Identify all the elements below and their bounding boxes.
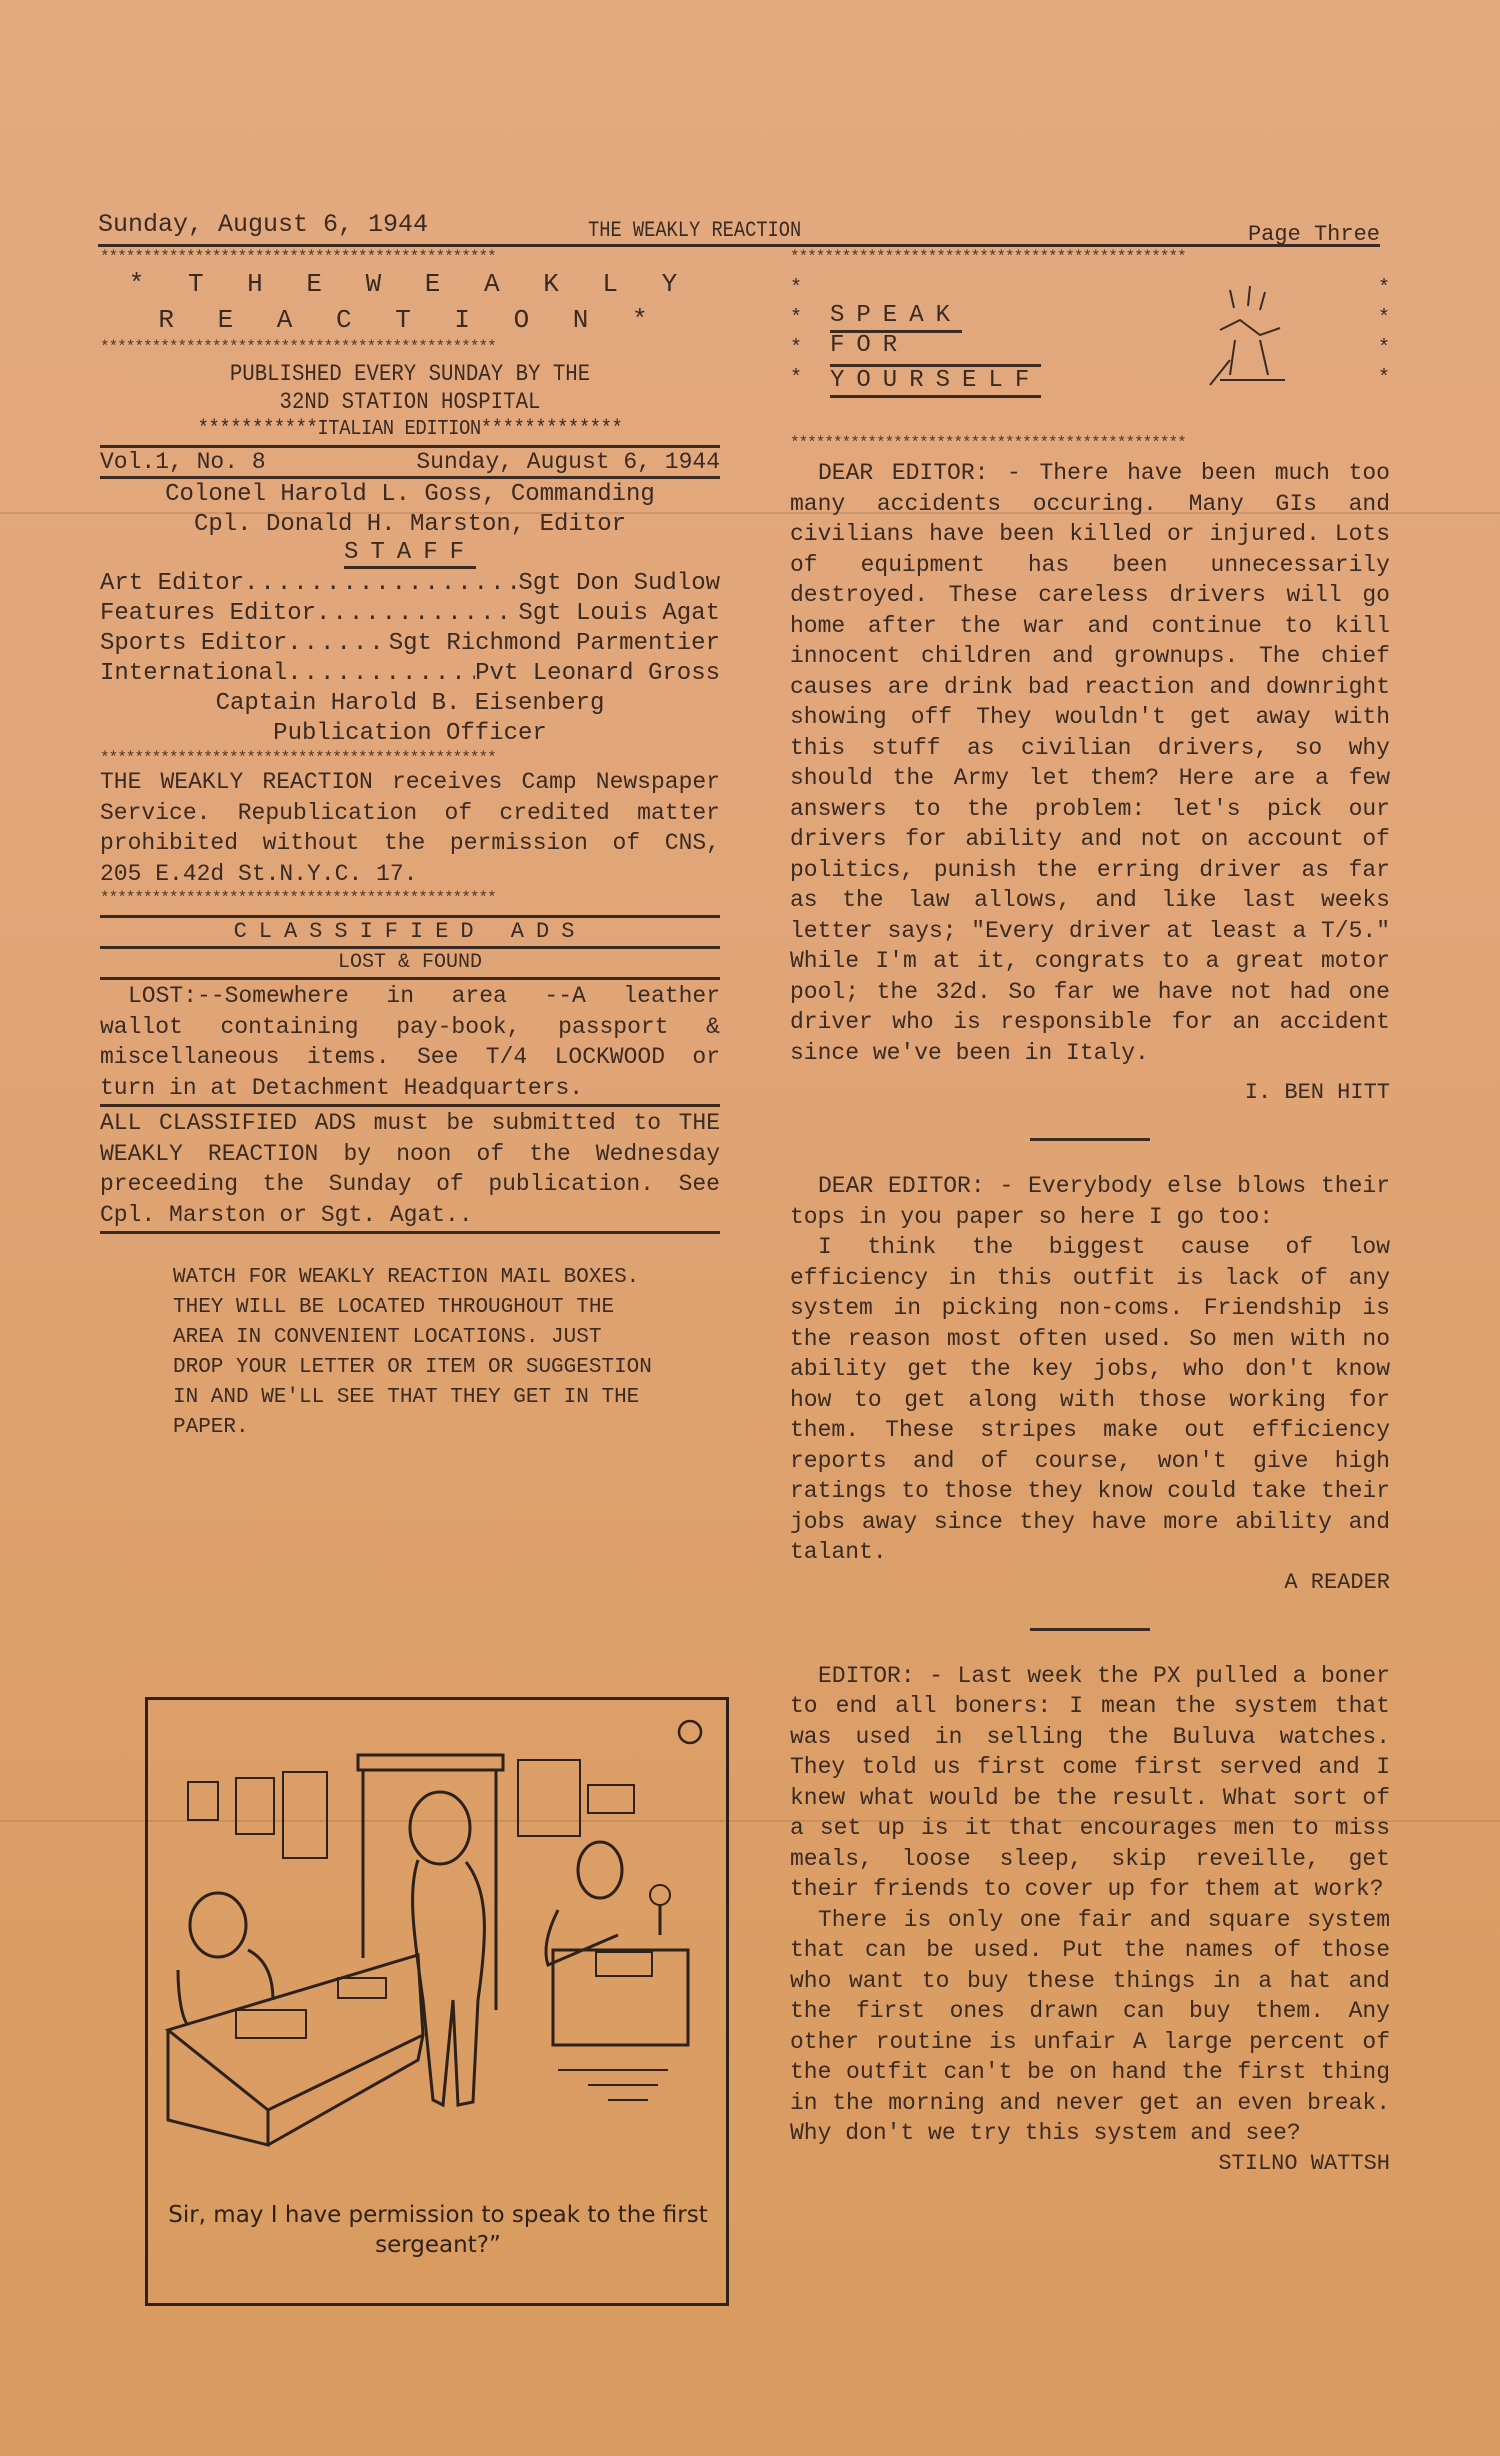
leader-dots — [316, 599, 518, 629]
letter-body-continued: There is only one fair and square system… — [790, 1905, 1390, 2149]
lost-ad: LOST:--Somewhere in area --A leather wal… — [100, 981, 720, 1103]
banner-word-for: FOR — [830, 332, 909, 360]
letter-1: DEAR EDITOR: - There have been much too … — [790, 458, 1390, 1068]
left-column: ****************************************… — [100, 248, 720, 1235]
cns-notice: THE WEAKLY REACTION receives Camp Newspa… — [100, 767, 720, 889]
staff-role: Sports Editor — [100, 629, 287, 659]
letter-body: Last week the PX pulled a boner to end a… — [790, 1663, 1390, 1903]
cartoon-panel: Sir, may I have permission to speak to t… — [145, 1697, 729, 2306]
star-border-right: **** — [1378, 274, 1390, 394]
section-divider — [1030, 1138, 1150, 1141]
rule — [100, 977, 720, 980]
star-rule: ****************************************… — [790, 248, 1390, 266]
staff-row: Sports EditorSgt Richmond Parmentier — [100, 629, 720, 659]
lost-found-heading: LOST & FOUND — [100, 950, 720, 976]
header-rule — [98, 244, 1380, 247]
header-date: Sunday, August 6, 1944 — [98, 210, 428, 239]
masthead-title: * T H E W E A K L Y R E A C T I O N * — [100, 266, 720, 338]
banner-word-yourself: YOURSELF — [830, 364, 1041, 398]
letter-salutation: DEAR EDITOR: - — [818, 460, 1021, 486]
publisher-unit: 32ND STATION HOSPITAL — [131, 388, 689, 416]
rule — [100, 1104, 720, 1107]
staff-row: Features EditorSgt Louis Agat — [100, 599, 720, 629]
leader-dots — [287, 629, 389, 659]
soldier-sketch-icon — [1190, 280, 1310, 400]
classified-submission-notice: ALL CLASSIFIED ADS must be submitted to … — [100, 1108, 720, 1230]
leader-dots — [287, 659, 475, 689]
letter-signature: A READER — [790, 1568, 1390, 1598]
staff-name: Sgt Richmond Parmentier — [389, 629, 720, 659]
mailbox-notice: WATCH FOR WEAKLY REACTION MAIL BOXES. TH… — [173, 1263, 663, 1443]
staff-row: Art EditorSgt Don Sudlow — [100, 569, 720, 599]
newspaper-page: Sunday, August 6, 1944 THE WEAKLY REACTI… — [0, 0, 1500, 2456]
star-rule: ****************************************… — [100, 749, 720, 767]
staff-row: InternationalPvt Leonard Gross — [100, 659, 720, 689]
publication-officer-name: Captain Harold B. Eisenberg — [100, 689, 720, 719]
rule — [100, 915, 720, 918]
volume-number: Vol.1, No. 8 — [100, 449, 266, 475]
staff-role: Art Editor — [100, 569, 244, 599]
rule — [100, 445, 720, 448]
section-divider — [1030, 1628, 1150, 1631]
star-rule: ****************************************… — [100, 889, 720, 907]
star-border-left: **** — [790, 274, 802, 394]
staff-role: International — [100, 659, 287, 689]
letter-2: DEAR EDITOR: - Everybody else blows thei… — [790, 1171, 1390, 1232]
letter-body: There have been much too many accidents … — [790, 460, 1390, 1066]
staff-name: Pvt Leonard Gross — [475, 659, 720, 689]
staff-role: Features Editor — [100, 599, 316, 629]
rule — [100, 1231, 720, 1234]
cartoon-caption: Sir, may I have permission to speak to t… — [168, 2200, 708, 2260]
star-rule: ****************************************… — [100, 248, 720, 266]
volume-line: Vol.1, No. 8 Sunday, August 6, 1944 — [100, 449, 720, 475]
publication-officer-title: Publication Officer — [100, 719, 720, 749]
star-rule: ****************************************… — [100, 338, 720, 356]
running-header: Sunday, August 6, 1944 THE WEAKLY REACTI… — [98, 208, 1380, 248]
leader-dots — [244, 569, 518, 599]
staff-heading-wrap: STAFF — [100, 540, 720, 569]
banner-word-speak: SPEAK — [830, 302, 962, 333]
published-by: PUBLISHED EVERY SUNDAY BY THE — [131, 360, 689, 388]
rule — [100, 946, 720, 949]
staff-heading: STAFF — [344, 540, 476, 569]
issue-date: Sunday, August 6, 1944 — [416, 449, 720, 475]
right-column: ****************************************… — [790, 248, 1390, 2179]
staff-name: Sgt Louis Agat — [518, 599, 720, 629]
letter-signature: STILNO WATTSH — [790, 2149, 1390, 2179]
letter-3: EDITOR: - Last week the PX pulled a bone… — [790, 1661, 1390, 1905]
letter-salutation: DEAR EDITOR: - — [818, 1173, 1013, 1199]
star-rule: ****************************************… — [790, 434, 1390, 452]
letter-salutation: EDITOR: - — [818, 1663, 943, 1689]
letter-signature: I. BEN HITT — [790, 1078, 1390, 1108]
classified-heading: CLASSIFIED ADS — [100, 919, 720, 945]
rule — [100, 476, 720, 479]
editor-credit: Cpl. Donald H. Marston, Editor — [100, 510, 720, 540]
commanding-officer: Colonel Harold L. Goss, Commanding — [100, 480, 720, 510]
copyright-icon — [679, 1721, 701, 1743]
letter-body: I think the biggest cause of low efficie… — [790, 1232, 1390, 1568]
staff-name: Sgt Don Sudlow — [518, 569, 720, 599]
edition-line: ***********ITALIAN EDITION************* — [131, 416, 689, 444]
header-title: THE WEAKLY REACTION — [588, 218, 801, 243]
cartoon-illustration — [148, 1700, 726, 2180]
speak-for-yourself-banner: **** **** SPEAK FOR YOURSELF — [790, 266, 1390, 434]
